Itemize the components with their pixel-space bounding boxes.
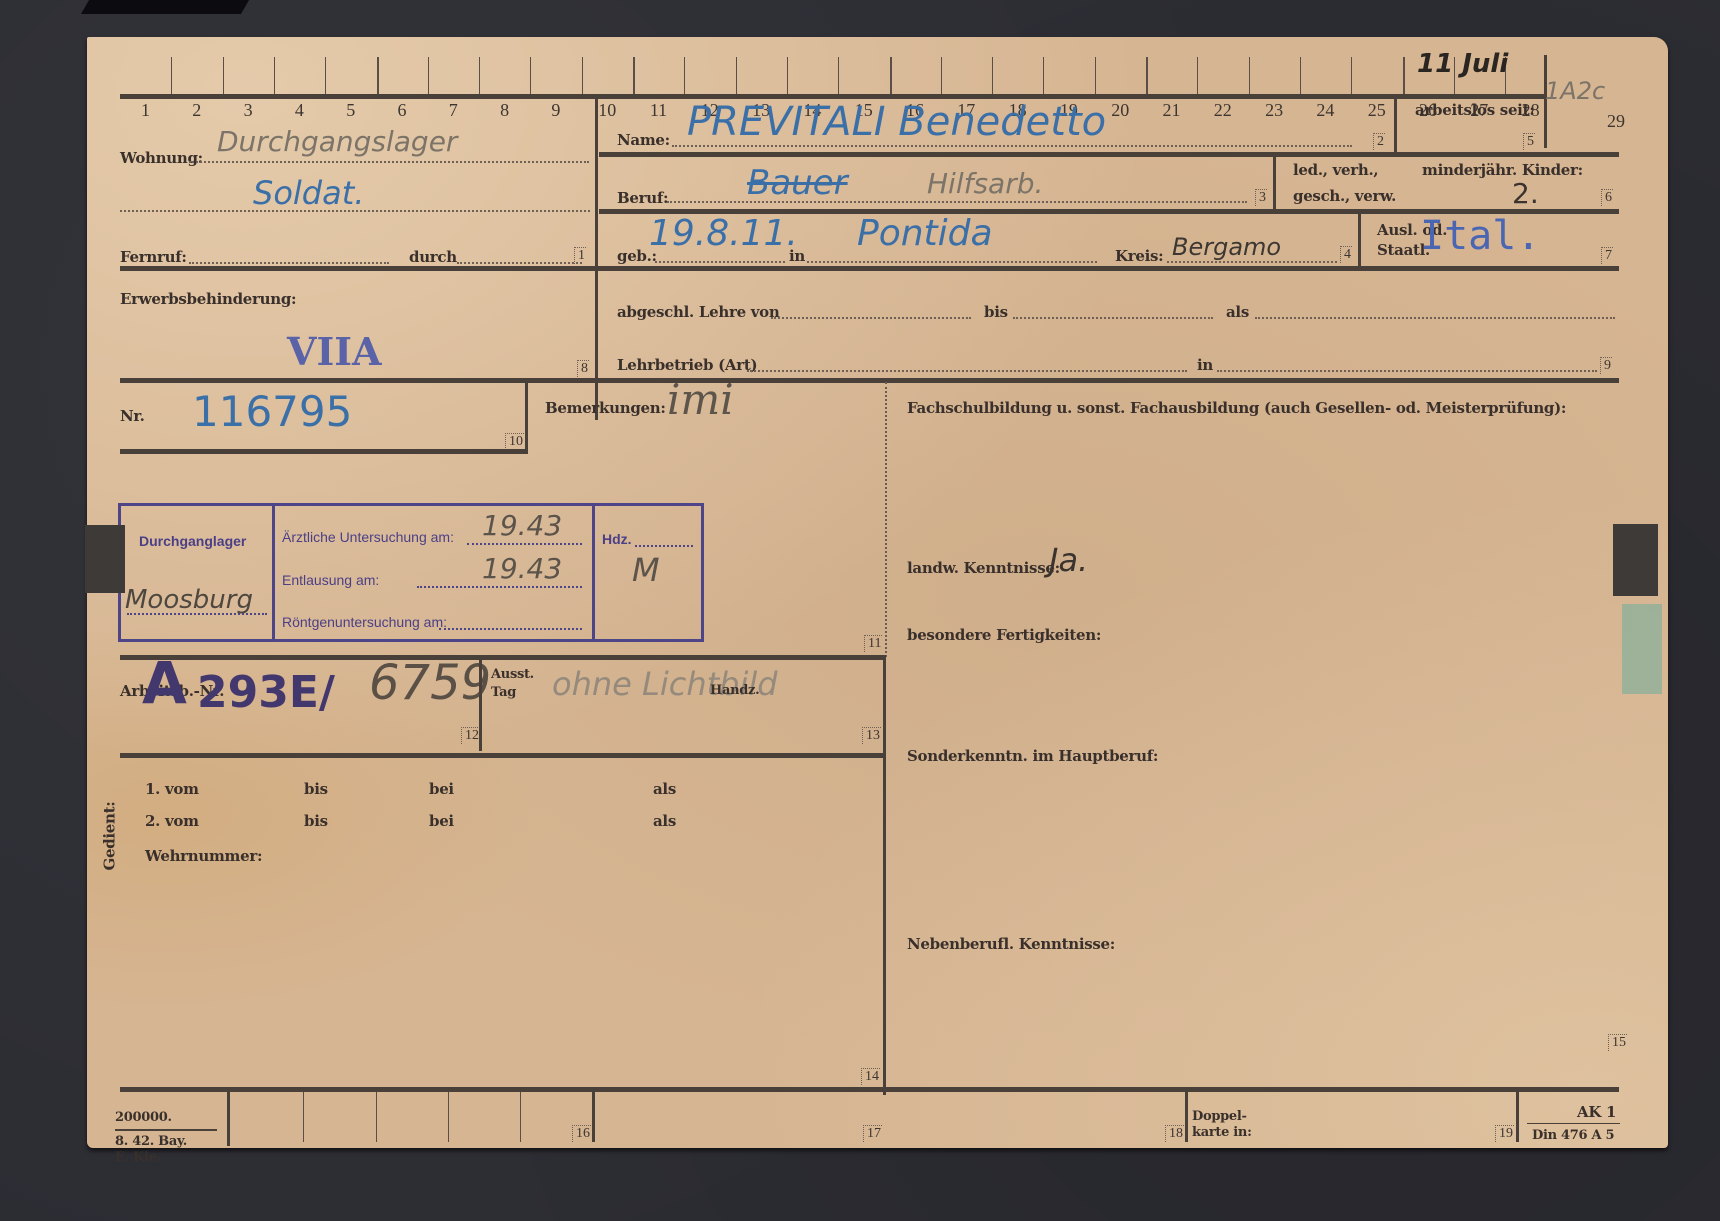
ruler-tick [171,57,172,95]
lager-line [127,613,267,615]
footer-vline-c [1185,1090,1188,1142]
footer-vline-a [227,1090,230,1146]
stamp-divider-1 [272,506,275,639]
arzt-label: Ärztliche Untersuchung am: [282,529,454,545]
field-number-7: 7 [1601,247,1613,264]
green-stamp-mark [1622,604,1662,694]
durch-line [457,262,582,264]
arbeitsbuch-hand-value: 6759 [369,655,491,711]
field-number-19: 19 [1495,1125,1514,1142]
ruler-column-6: 6 [377,100,428,121]
ruler-tick [428,57,429,95]
lehre-als-label: als [1226,303,1249,321]
geb-line [655,261,785,263]
field-number-14: 14 [861,1068,880,1085]
lehrbetrieb-line [747,370,1187,372]
ruler-tick [1095,57,1096,95]
row-divider-gedient [120,753,886,758]
tag-label: Tag [491,685,516,700]
field-number-1: 1 [574,247,586,264]
name-divider [1394,99,1397,154]
field-number-6: 6 [1601,189,1613,206]
staat-value: Ital. [1420,213,1540,259]
wohnung-label: Wohnung: [120,149,203,167]
field-number-16: 16 [572,1125,591,1142]
lager-label: Durchganglager [139,533,246,549]
ruler-column-9: 9 [530,100,581,121]
wohnung-pencil-value: Durchgangslager [217,125,457,158]
name-value: PREVITALI Benedetto [687,99,1106,145]
gedient-side-label: Gedient: [101,801,119,870]
field-number-8: 8 [577,360,589,377]
arbeitsbuch-stamp-value: 293E/ [197,667,335,718]
ruler-tick [274,57,275,95]
field-number-17: 17 [863,1125,882,1142]
stamp-divider-2 [592,506,595,639]
nr-divider [525,382,528,452]
ruler-column-22: 22 [1197,100,1248,121]
col29-number: 29 [1607,111,1625,132]
ruler-tick [1197,57,1198,95]
footer-thin-1 [303,1092,304,1142]
name-label: Name: [617,131,670,149]
hdz-label: Hdz. [602,531,632,547]
field-number-2: 2 [1373,133,1385,150]
sonder-label: Sonderkenntn. im Hauptberuf: [907,747,1158,765]
lehre-als-line [1255,317,1615,319]
hdz-value: M [632,551,660,589]
lehrbetrieb-in-label: in [1197,356,1213,374]
ruler-tick [582,57,583,95]
printer: E. Kie. [115,1150,161,1165]
bemerkungen-label: Bemerkungen: [545,399,666,417]
fachschul-label: Fachschulbildung u. sonst. Fachausbildun… [907,399,1566,417]
lehrbetrieb-in-line [1217,370,1597,372]
wehrnummer-label: Wehrnummer: [145,847,262,865]
field-number-3: 3 [1255,189,1267,206]
wohnung-line-2 [120,210,590,212]
wohnung-ink-value: Soldat. [253,174,364,212]
doppelkarte-label-1: Doppel- [1192,1109,1247,1124]
row-divider-geb [120,266,1619,271]
lehre-bis-line [1013,317,1213,319]
handz-label: Handz. [710,683,759,698]
gedient-row1-bei: bei [429,780,454,798]
beruf-value: Bauer [747,163,848,203]
print-run: 200000. [115,1110,172,1125]
roentgen-line [439,628,582,630]
kinder-label: minderjähr. Kinder: [1422,161,1583,179]
geb-ort-value: Pontida [857,213,993,254]
ruler-tick [838,57,839,95]
ruler-tick [479,57,480,95]
index-card: 1234567891011121314151617181920212223242… [87,37,1668,1148]
entlausung-line [417,586,582,588]
din-label: Din 476 A 5 [1532,1128,1614,1143]
ruler-tick [890,57,892,95]
fernruf-line [189,262,389,264]
entlausung-label: Entlausung am: [282,572,379,588]
geb-in-label: in [789,247,805,265]
lager-value: Moosburg [125,585,253,615]
index-tab-left [85,525,125,593]
kreis-value: Bergamo [1172,233,1281,261]
name-line [672,145,1352,147]
field-number-5: 5 [1523,133,1535,150]
footer-thin-3 [448,1092,449,1142]
gedient-row2-bei: bei [429,812,454,830]
doppelkarte-label-2: karte in: [1192,1125,1252,1140]
ruler-tick [223,57,224,95]
geb-value: 19.8.11. [649,213,798,254]
entlausung-value: 19.43 [482,552,562,585]
lehre-von-line [771,317,971,319]
ruler-column-10: 10 [582,100,633,121]
durch-label: durch [409,248,457,266]
arbeitsbuch-stamp-prefix: A [142,649,187,717]
ruler-column-24: 24 [1300,100,1351,121]
form-id: AK 1 [1577,1103,1616,1121]
nr-value: 116795 [192,387,352,436]
lehre-bis-label: bis [984,303,1008,321]
ruler-tick [736,57,737,95]
lehre-label: abgeschl. Lehre von [617,303,779,321]
print-date: 8. 42. Bay. [115,1134,187,1149]
ruler-tick [787,57,788,95]
ruler-tick [633,57,635,95]
ruler-tick [530,57,531,95]
ruler-column-3: 3 [223,100,274,121]
gedient-row2-als: als [653,812,676,830]
row-divider-nr [120,378,1619,383]
ruler-tick [684,57,685,95]
landw-label: landw. Kenntnisse: [907,559,1060,577]
footer-vline-b [592,1090,595,1142]
neben-label: Nebenberufl. Kenntnisse: [907,935,1115,953]
ruler-column-5: 5 [325,100,376,121]
kreis-line [1167,261,1337,263]
footer-vline-d [1516,1090,1519,1142]
kreis-label: Kreis: [1115,247,1163,265]
arzt-line [467,543,582,545]
ruler-tick [377,57,379,95]
ruler-tick [1300,57,1301,95]
lehrbetrieb-label: Lehrbetrieb (Art) [617,356,757,374]
field-number-18: 18 [1165,1125,1184,1142]
footer-thin-4 [520,1092,521,1142]
bemerkungen-value: imi [667,375,734,424]
field-number-12: 12 [461,727,480,744]
stand-line1: led., verh., [1293,161,1378,179]
row-divider-arbeitsbuch [120,655,886,660]
center-dotted-divider [885,382,887,657]
field-number-10: 10 [505,433,524,450]
ruler-tick [1043,57,1044,95]
ruler-column-2: 2 [171,100,222,121]
arzt-value: 19.43 [482,509,562,542]
index-tab-right [1613,524,1658,596]
corner-pencil-note: 1A2c [1545,77,1605,105]
ruler-tick [1351,57,1352,95]
field-number-9: 9 [1600,357,1612,374]
ruler-column-21: 21 [1146,100,1197,121]
ruler-tick [1249,57,1250,95]
arbeitsbuch-divider [479,659,482,751]
field-number-4: 4 [1340,246,1352,263]
besondere-label: besondere Fertigkeiten: [907,626,1101,644]
fernruf-label: Fernruf: [120,248,187,266]
wohnung-line [189,161,589,163]
ruler-column-8: 8 [479,100,530,121]
staat-divider [1358,213,1361,269]
left-section-divider [595,99,598,420]
footer-thin-2 [376,1092,377,1142]
gedient-row1-bis: bis [304,780,328,798]
gedient-row1-als: als [653,780,676,798]
nr-bottom [120,449,528,454]
ruler-tick [1146,57,1148,95]
gedient-row2-vom: 2. vom [145,812,199,830]
footer-divider [120,1087,1619,1092]
ruler-column-1: 1 [120,100,171,121]
gedient-row1-vom: 1. vom [145,780,199,798]
ruler-handwritten-note: 11 Juli [1417,49,1508,79]
kinder-value: 2. [1512,177,1539,210]
ruler-column-7: 7 [428,100,479,121]
roentgen-label: Röntgenuntersuchung am: [282,614,447,630]
ruler-column-4: 4 [274,100,325,121]
geb-ort-line [807,261,1097,263]
stand-divider [1273,157,1276,211]
print-run-underline [115,1129,217,1131]
erwerb-stamp: VIIA [287,329,382,374]
field-number-15: 15 [1608,1034,1627,1051]
background-shadow [81,0,249,14]
row-divider-beruf [599,152,1619,157]
field-number-11: 11 [864,635,882,652]
landw-value: Ja. [1049,541,1088,579]
ruler-tick [1403,57,1405,95]
hdz-line [635,545,693,547]
stand-line2: gesch., verw. [1293,187,1396,205]
erwerb-label: Erwerbsbehinderung: [120,290,296,308]
field-number-13: 13 [862,727,881,744]
ruler-tick [941,57,942,95]
ruler-column-11: 11 [633,100,684,121]
ruler-column-23: 23 [1249,100,1300,121]
gedient-row2-bis: bis [304,812,328,830]
ruler-tick [992,57,993,95]
beruf-pencil-value: Hilfsarb. [927,167,1043,200]
beruf-label: Beruf: [617,189,668,207]
ausst-label: Ausst. [491,667,534,682]
form-id-underline [1527,1123,1620,1124]
arbeitslos-label: arbeitslos seit: [1415,101,1534,119]
ruler-tick [325,57,326,95]
center-divider [883,655,886,1095]
nr-label: Nr. [120,407,145,425]
